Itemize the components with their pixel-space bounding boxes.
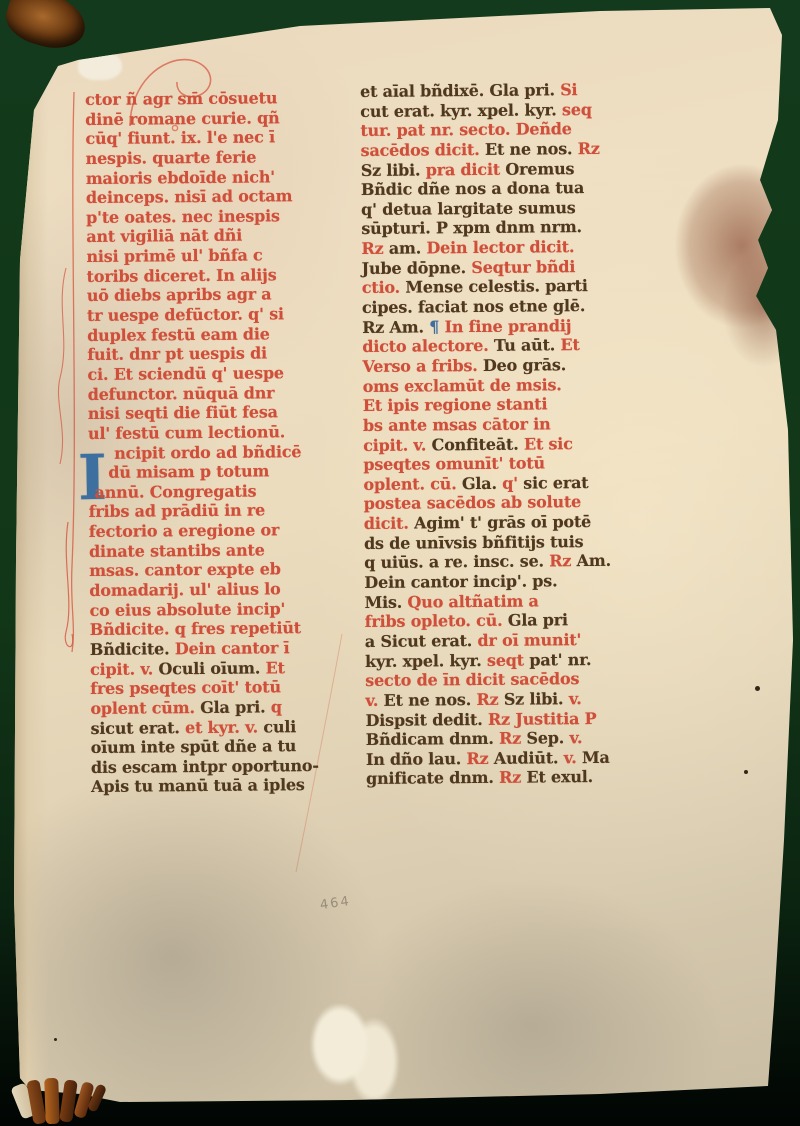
text-line: tur. pat nr. secto. Deñde bbox=[360, 119, 632, 141]
text-segment: nisi primē ul' bñfa c bbox=[86, 246, 262, 267]
text-segment: Sep. bbox=[526, 728, 569, 747]
text-segment: ds de unīvsis bñfitijs tuis bbox=[364, 532, 584, 553]
text-segment: q uiūs. a re. insc. se. bbox=[364, 552, 549, 573]
text-segment: q bbox=[271, 697, 282, 716]
text-line: v. Et ne nos. Rz Sz libi. v. bbox=[365, 688, 637, 710]
text-line: Apis tu manū tuā a iples bbox=[91, 775, 357, 797]
text-line: ant vigiliā nāt dñi bbox=[86, 225, 352, 247]
text-segment: tur. pat nr. secto. Deñde bbox=[360, 119, 571, 140]
text-segment: Dein cantor ī bbox=[175, 638, 290, 658]
text-line: ds de unīvsis bñfitijs tuis bbox=[364, 531, 636, 553]
text-segment: Et ne nos. bbox=[384, 690, 477, 710]
text-line: dū misam p totum bbox=[88, 461, 354, 483]
text-segment: sic erat bbox=[523, 473, 588, 493]
text-segment: pat' nr. bbox=[529, 650, 591, 670]
text-line: fectorio a eregione or bbox=[89, 520, 355, 542]
text-segment: co eius absolute incip' bbox=[89, 599, 285, 620]
ink-speck bbox=[54, 1038, 57, 1041]
text-line: tr uespe defūctor. q' si bbox=[87, 304, 353, 326]
text-line: cūq' fiunt. ix. l'e nec ī bbox=[85, 127, 351, 149]
text-line: ctor ñ agr sm̄ cōsuetu bbox=[85, 88, 351, 110]
text-segment: Jube dōpne. bbox=[362, 258, 472, 278]
text-segment: Mense celestis. parti bbox=[405, 276, 588, 297]
text-line: sūpturi. P xpm dnm nrm. bbox=[361, 217, 633, 239]
text-segment: Et bbox=[266, 658, 285, 677]
text-segment: kyr. xpel. kyr. bbox=[365, 650, 487, 670]
text-line: maioris ebdoīde nich' bbox=[86, 166, 352, 188]
text-column-right: et aīal bñdixē. Gla pri. Sicut erat. kyr… bbox=[360, 80, 638, 789]
text-segment: duplex festū eam die bbox=[87, 324, 270, 345]
text-segment: Rz Am. bbox=[362, 317, 429, 337]
text-segment: cipit. v. bbox=[90, 659, 159, 679]
text-line: ul' festū cum lectionū. bbox=[88, 422, 354, 444]
text-line: oīum inte spūt dñe a tu bbox=[91, 736, 357, 758]
text-line: sicut erat. et kyr. v. culi bbox=[90, 716, 356, 738]
text-line: a Sicut erat. dr oī munit' bbox=[365, 630, 637, 652]
text-line: Sz libi. pra dicit Oremus bbox=[361, 158, 633, 180]
text-segment: In fine prandij bbox=[439, 316, 571, 336]
text-segment: annū. Congregatis bbox=[94, 481, 256, 501]
text-segment: Rz bbox=[499, 768, 527, 787]
text-line: dicit. Agim' t' grās oī potē bbox=[364, 512, 636, 534]
text-line: Bñdicam dnm. Rz Sep. v. bbox=[366, 728, 638, 750]
text-segment: sūpturi. P xpm dnm nrm. bbox=[361, 218, 582, 239]
text-segment: Bñdic dñe nos a dona tua bbox=[361, 178, 584, 199]
text-segment: Et ipis regione stanti bbox=[363, 395, 548, 416]
text-line: domadarij. ul' alius lo bbox=[89, 579, 355, 601]
text-line: msas. cantor expte eb bbox=[89, 559, 355, 581]
text-line: oms exclamūt de msis. bbox=[363, 374, 635, 396]
text-column-left: ctor ñ agr sm̄ cōsuetudinē romane curie.… bbox=[85, 88, 357, 797]
text-segment: dicto alectore. bbox=[362, 336, 494, 356]
text-segment: Sz libi. bbox=[361, 160, 426, 180]
text-segment: maioris ebdoīde nich' bbox=[86, 167, 275, 188]
text-segment: v. bbox=[569, 728, 582, 747]
text-line: duplex festū eam die bbox=[87, 323, 353, 345]
text-segment: Agim' t' grās oī potē bbox=[414, 512, 591, 533]
text-line: dinate stantibs ante bbox=[89, 539, 355, 561]
text-line: Bñdicite. Dein cantor ī bbox=[90, 638, 356, 660]
text-line: q uiūs. a re. insc. se. Rz Am. bbox=[364, 551, 636, 573]
text-segment: Bñdicite. q fres repetiūt bbox=[90, 618, 301, 639]
text-line: Jube dōpne. Seqtur bñdi bbox=[362, 256, 634, 278]
text-segment: ctor ñ agr sm̄ cōsuetu bbox=[85, 88, 277, 109]
text-segment: gnificate dnm. bbox=[366, 768, 499, 788]
text-line: et aīal bñdixē. Gla pri. Si bbox=[360, 80, 632, 102]
text-segment: msas. cantor expte eb bbox=[89, 560, 281, 581]
text-line: Bñdicite. q fres repetiūt bbox=[90, 618, 356, 640]
text-segment: Tu aūt. bbox=[494, 336, 561, 356]
text-segment: oms exclamūt de msis. bbox=[363, 375, 562, 396]
text-line: dinē romane curie. qñ bbox=[85, 107, 351, 129]
initial-descender-flourish bbox=[65, 522, 72, 647]
text-line: defunctor. nūquā dnr bbox=[88, 382, 354, 404]
ink-speck bbox=[744, 770, 748, 774]
leather-sewing-support bbox=[0, 0, 91, 56]
text-segment: fuit. dnr pt uespis di bbox=[87, 344, 267, 365]
text-segment: Deo grās. bbox=[483, 355, 566, 375]
text-segment: postea sacēdos ab solute bbox=[364, 493, 582, 514]
text-line: uō diebs apribs agr a bbox=[87, 284, 353, 306]
text-segment: bs ante msas cātor in bbox=[363, 414, 551, 435]
text-segment: Si bbox=[560, 80, 577, 99]
text-segment: Sz libi. bbox=[504, 689, 569, 709]
text-segment: oplent. cū. bbox=[363, 474, 462, 494]
margin-ruling-line bbox=[72, 92, 75, 652]
text-segment: tr uespe defūctor. q' si bbox=[87, 304, 284, 325]
text-line: Rz am. Dein lector dicit. bbox=[361, 237, 633, 259]
text-segment: ant vigiliā nāt dñi bbox=[86, 226, 242, 246]
text-segment: et kyr. v. bbox=[185, 717, 263, 737]
text-segment: Confiteāt. bbox=[432, 434, 524, 454]
text-segment: Rz bbox=[476, 690, 504, 709]
text-segment: Rz bbox=[578, 139, 600, 158]
text-segment: dinē romane curie. qñ bbox=[85, 108, 279, 129]
text-segment: deinceps. nisī ad octam bbox=[86, 186, 293, 207]
text-segment: nespis. quarte ferie bbox=[86, 147, 257, 167]
text-segment: toribs diceret. In alijs bbox=[87, 265, 277, 286]
text-line: bs ante msas cātor in bbox=[363, 414, 635, 436]
parchment-damage-patch-top bbox=[78, 50, 122, 80]
text-segment: et aīal bñdixē. Gla pri. bbox=[360, 80, 560, 101]
text-segment: ul' festū cum lectionū. bbox=[88, 422, 285, 443]
text-segment: ¶ bbox=[429, 317, 439, 336]
text-line: fres pseqtes coīt' totū bbox=[90, 677, 356, 699]
text-segment: fres pseqtes coīt' totū bbox=[90, 678, 281, 699]
text-line: q' detua largitate sumus bbox=[361, 197, 633, 219]
parchment-damage-patch-bottom bbox=[308, 1004, 408, 1100]
text-segment: Quo altñatim a bbox=[407, 591, 538, 611]
text-line: cipes. faciat nos etne glē. bbox=[362, 296, 634, 318]
text-segment: sicut erat. bbox=[90, 718, 185, 738]
text-segment: pra dicit bbox=[426, 159, 506, 179]
text-segment: Rz bbox=[499, 729, 527, 748]
text-segment: nisi seqti die fiūt fesa bbox=[88, 403, 278, 424]
text-line: cipit. v. Confiteāt. Et sic bbox=[363, 433, 635, 455]
parchment-page: I ctor ñ agr sm̄ cōsuetudinē romane curi… bbox=[12, 6, 795, 1103]
text-segment: Et sic bbox=[524, 434, 573, 453]
text-line: postea sacēdos ab solute bbox=[364, 492, 636, 514]
text-segment: oplent cūm. bbox=[90, 698, 200, 718]
leather-tassel bbox=[59, 1079, 78, 1122]
text-segment: Audiūt. bbox=[494, 748, 564, 768]
text-segment: Apis tu manū tuā a iples bbox=[91, 776, 305, 797]
text-segment: ncipit ordo ad bñdicē bbox=[114, 442, 301, 463]
text-segment: dū misam p totum bbox=[108, 462, 269, 482]
text-line: gnificate dnm. Rz Et exul. bbox=[366, 767, 638, 789]
text-segment: Bñdicite. bbox=[90, 639, 175, 659]
text-line: Rz Am. ¶ In fine prandij bbox=[362, 315, 634, 337]
text-segment: v. bbox=[365, 691, 383, 710]
text-segment: defunctor. nūquā dnr bbox=[88, 383, 275, 404]
text-line: ncipit ordo ad bñdicē bbox=[88, 441, 354, 463]
text-segment: Oremus bbox=[505, 159, 574, 179]
text-line: dis escam intpr oportuno- bbox=[91, 755, 357, 777]
text-segment: dicit. bbox=[364, 514, 414, 533]
text-segment: culi bbox=[263, 717, 296, 736]
text-line: sacēdos dicit. Et ne nos. Rz bbox=[361, 139, 633, 161]
text-segment: Rz Justitia P bbox=[488, 708, 597, 728]
text-line: fuit. dnr pt uespis di bbox=[87, 343, 353, 365]
text-segment: Gla. bbox=[462, 474, 502, 493]
text-segment: In dño lau. bbox=[366, 749, 467, 769]
text-line: oplent. cū. Gla. q' sic erat bbox=[363, 472, 635, 494]
text-line: ci. Et sciendū q' uespe bbox=[87, 363, 353, 385]
text-segment: Et exul. bbox=[526, 767, 593, 787]
text-line: toribs diceret. In alijs bbox=[87, 264, 353, 286]
text-segment: am. bbox=[389, 239, 427, 258]
text-segment: Dispsit dedit. bbox=[365, 709, 488, 729]
text-segment: Seqtur bñdi bbox=[471, 257, 575, 277]
text-segment: fribs opleto. cū. bbox=[365, 611, 508, 631]
text-segment: Ma bbox=[582, 748, 610, 767]
text-line: In dño lau. Rz Audiūt. v. Ma bbox=[366, 747, 638, 769]
text-segment: p'te oates. nec inespis bbox=[86, 206, 280, 227]
text-segment: Am. bbox=[577, 551, 611, 570]
text-line: kyr. xpel. kyr. seqt pat' nr. bbox=[365, 649, 637, 671]
text-segment: ci. Et sciendū q' uespe bbox=[87, 363, 284, 384]
text-line: fribs opleto. cū. Gla pri bbox=[365, 610, 637, 632]
text-segment: Rz bbox=[361, 239, 389, 258]
text-line: Verso a fribs. Deo grās. bbox=[362, 355, 634, 377]
text-segment: cipes. faciat nos etne glē. bbox=[362, 296, 585, 317]
text-segment: secto de īn dicit sacēdos bbox=[365, 669, 579, 690]
margin-bracket-flourish bbox=[58, 268, 66, 464]
leather-binding-tassels bbox=[12, 1078, 142, 1126]
text-segment: cut erat. kyr. xpel. kyr. bbox=[360, 100, 562, 121]
text-line: dicto alectore. Tu aūt. Et bbox=[362, 335, 634, 357]
text-line: co eius absolute incip' bbox=[89, 598, 355, 620]
text-line: deinceps. nisī ad octam bbox=[86, 186, 352, 208]
text-line: cipit. v. Oculi oīum. Et bbox=[90, 657, 356, 679]
text-segment: dinate stantibs ante bbox=[89, 540, 265, 561]
text-line: Bñdic dñe nos a dona tua bbox=[361, 178, 633, 200]
text-line: nisi primē ul' bñfa c bbox=[86, 245, 352, 267]
text-line: fribs ad prādiū in re bbox=[89, 500, 355, 522]
text-segment: Mis. bbox=[364, 592, 407, 611]
text-line: Et ipis regione stanti bbox=[363, 394, 635, 416]
text-segment: pseqtes omunīt' totū bbox=[363, 454, 545, 475]
text-segment: v. bbox=[564, 748, 582, 767]
text-segment: Verso a fribs. bbox=[362, 356, 483, 376]
text-segment: seqt bbox=[487, 650, 530, 669]
text-line: Mis. Quo altñatim a bbox=[364, 590, 636, 612]
text-segment: ctio. bbox=[362, 278, 406, 297]
text-line: annū. Congregatis bbox=[88, 480, 354, 502]
ink-speck bbox=[755, 686, 760, 691]
text-segment: Et bbox=[560, 335, 579, 354]
text-line: nespis. quarte ferie bbox=[86, 147, 352, 169]
text-line: cut erat. kyr. xpel. kyr. seq bbox=[360, 99, 632, 121]
text-line: secto de īn dicit sacēdos bbox=[365, 669, 637, 691]
text-line: pseqtes omunīt' totū bbox=[363, 453, 635, 475]
text-segment: a Sicut erat. bbox=[365, 631, 478, 651]
text-line: Dein cantor incip'. ps. bbox=[364, 571, 636, 593]
text-segment: uō diebs apribs agr a bbox=[87, 285, 272, 306]
text-segment: Et ne nos. bbox=[485, 139, 578, 159]
text-segment: Rz bbox=[549, 552, 577, 571]
text-line: nisi seqti die fiūt fesa bbox=[88, 402, 354, 424]
leather-tassel bbox=[44, 1078, 60, 1124]
text-line: oplent cūm. Gla pri. q bbox=[90, 697, 356, 719]
text-segment: Dein lector dicit. bbox=[426, 237, 574, 257]
text-segment: v. bbox=[569, 689, 582, 708]
text-segment: fribs ad prādiū in re bbox=[89, 501, 266, 522]
text-segment: Bñdicam dnm. bbox=[366, 729, 499, 749]
text-segment: Rz bbox=[466, 749, 494, 768]
text-segment: dis escam intpr oportuno- bbox=[91, 756, 319, 777]
text-segment: cūq' fiunt. ix. l'e nec ī bbox=[85, 128, 275, 149]
text-segment: Gla pri. bbox=[200, 697, 271, 717]
text-segment: Dein cantor incip'. ps. bbox=[364, 571, 557, 592]
text-segment: Gla pri bbox=[508, 611, 568, 631]
manuscript-photo: I ctor ñ agr sm̄ cōsuetudinē romane curi… bbox=[0, 0, 800, 1126]
text-line: Dispsit dedit. Rz Justitia P bbox=[365, 708, 637, 730]
text-segment: q' detua largitate sumus bbox=[361, 198, 576, 219]
text-line: ctio. Mense celestis. parti bbox=[362, 276, 634, 298]
text-segment: sacēdos dicit. bbox=[361, 140, 486, 160]
text-segment: dr oī munit' bbox=[477, 630, 581, 650]
text-segment: Oculi oīum. bbox=[158, 658, 265, 678]
text-segment: fectorio a eregione or bbox=[89, 520, 280, 541]
text-segment: seq bbox=[562, 100, 592, 119]
text-line: p'te oates. nec inespis bbox=[86, 206, 352, 228]
text-segment: domadarij. ul' alius lo bbox=[89, 579, 280, 600]
text-segment: q' bbox=[502, 473, 523, 492]
pencil-folio-number: 464 bbox=[319, 894, 352, 913]
text-segment: cipit. v. bbox=[363, 435, 432, 455]
text-segment: oīum inte spūt dñe a tu bbox=[91, 736, 297, 757]
